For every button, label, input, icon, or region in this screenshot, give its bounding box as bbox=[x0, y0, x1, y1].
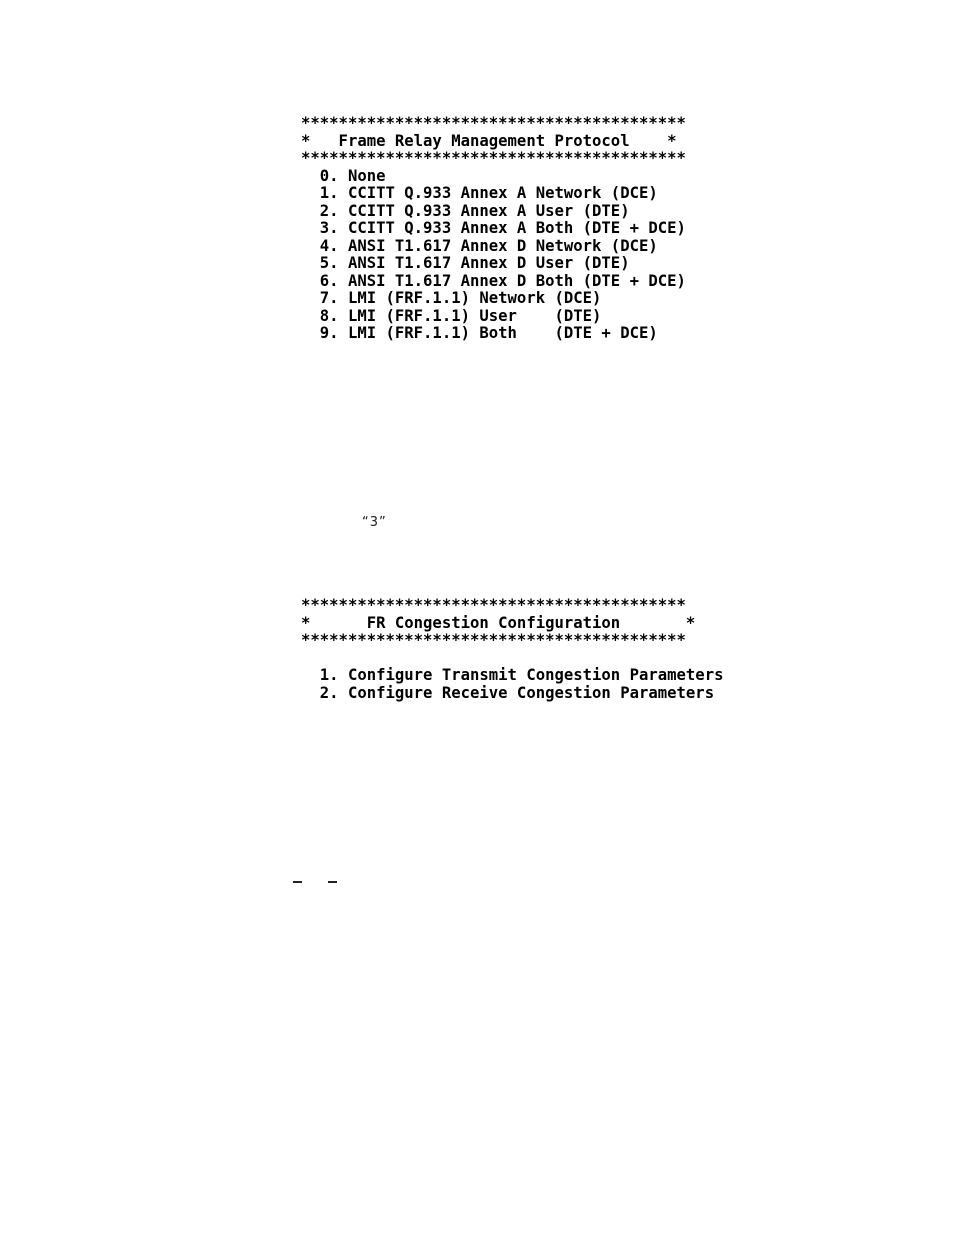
menu-border-bottom: ****************************************… bbox=[301, 150, 686, 168]
underscore-mark bbox=[293, 881, 302, 883]
menu-border-top: ****************************************… bbox=[301, 597, 723, 615]
menu-option-1[interactable]: 1. CCITT Q.933 Annex A Network (DCE) bbox=[301, 185, 686, 203]
menu-option-2[interactable]: 2. CCITT Q.933 Annex A User (DTE) bbox=[301, 203, 686, 221]
menu-option-8[interactable]: 8. LMI (FRF.1.1) User (DTE) bbox=[301, 308, 686, 326]
underscore-mark bbox=[328, 881, 337, 883]
menu-option-5[interactable]: 5. ANSI T1.617 Annex D User (DTE) bbox=[301, 255, 686, 273]
menu-border-top: ****************************************… bbox=[301, 115, 686, 133]
menu-option-4[interactable]: 4. ANSI T1.617 Annex D Network (DCE) bbox=[301, 238, 686, 256]
menu-option-3[interactable]: 3. CCITT Q.933 Annex A Both (DTE + DCE) bbox=[301, 220, 686, 238]
menu-option-0[interactable]: 0. None bbox=[301, 168, 686, 186]
menu-option-receive-congestion[interactable]: 2. Configure Receive Congestion Paramete… bbox=[301, 685, 723, 703]
selection-value-note: “3” bbox=[362, 515, 387, 530]
fr-management-protocol-menu: ****************************************… bbox=[301, 115, 686, 343]
menu-border-bottom: ****************************************… bbox=[301, 632, 723, 650]
blank-line bbox=[301, 650, 723, 668]
menu-title: * Frame Relay Management Protocol * bbox=[301, 133, 686, 151]
menu-option-7[interactable]: 7. LMI (FRF.1.1) Network (DCE) bbox=[301, 290, 686, 308]
menu-option-transmit-congestion[interactable]: 1. Configure Transmit Congestion Paramet… bbox=[301, 667, 723, 685]
fr-congestion-configuration-menu: ****************************************… bbox=[301, 597, 723, 702]
menu-option-6[interactable]: 6. ANSI T1.617 Annex D Both (DTE + DCE) bbox=[301, 273, 686, 291]
menu-title: * FR Congestion Configuration * bbox=[301, 615, 723, 633]
menu-option-9[interactable]: 9. LMI (FRF.1.1) Both (DTE + DCE) bbox=[301, 325, 686, 343]
